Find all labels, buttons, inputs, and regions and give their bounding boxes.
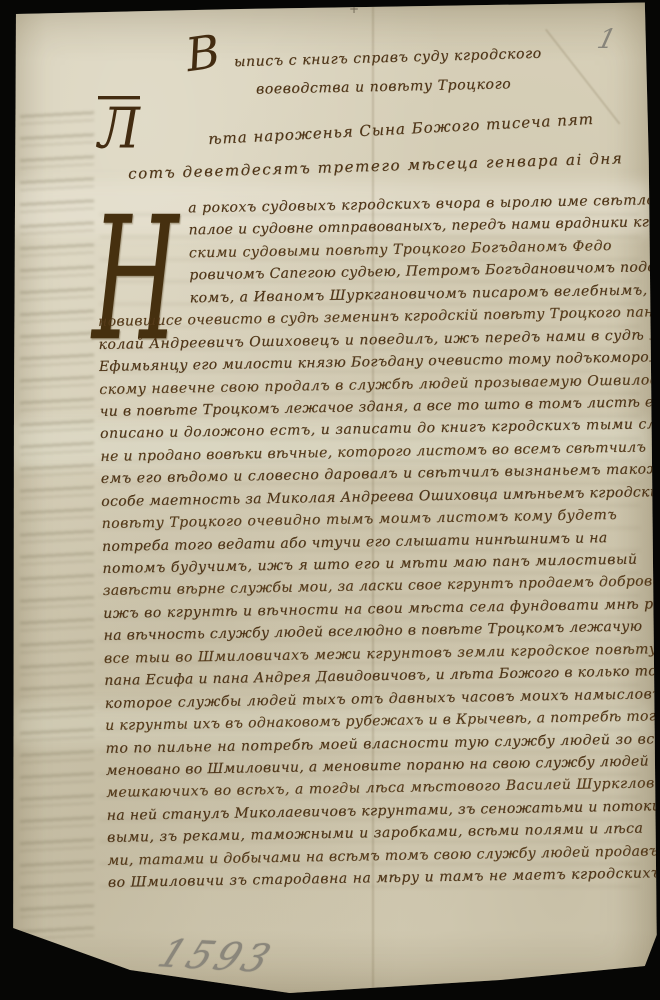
body-lines: а рокохъ судовыхъ кгродскихъ вчора в ыро… (96, 192, 660, 897)
page-number: 1 (594, 24, 619, 55)
header-initial: В (183, 28, 223, 78)
archival-date-note: 1593 (152, 931, 281, 981)
dateline-line: сотъ деветдесятъ третего мѣсеца генвара … (128, 149, 624, 183)
dateline-line: ѣта нароженья Сына Божого тисеча пят (208, 110, 595, 148)
paper-surface: + 1 1593 В ыписъ с книгъ справъ суду кгр… (0, 0, 660, 1000)
dateline-initial: Л (98, 96, 140, 156)
verso-bleedthrough-margin (20, 110, 94, 940)
scan-background: + 1 1593 В ыписъ с книгъ справъ суду кгр… (0, 0, 660, 1000)
manuscript-page: + 1 1593 В ыписъ с книгъ справъ суду кгр… (0, 0, 660, 1000)
archival-plus-mark: + (349, 2, 359, 16)
header-line: воеводства и повѣту Троцкого (256, 76, 512, 97)
header-line: ыписъ с книгъ справъ суду кгродского (234, 46, 542, 71)
